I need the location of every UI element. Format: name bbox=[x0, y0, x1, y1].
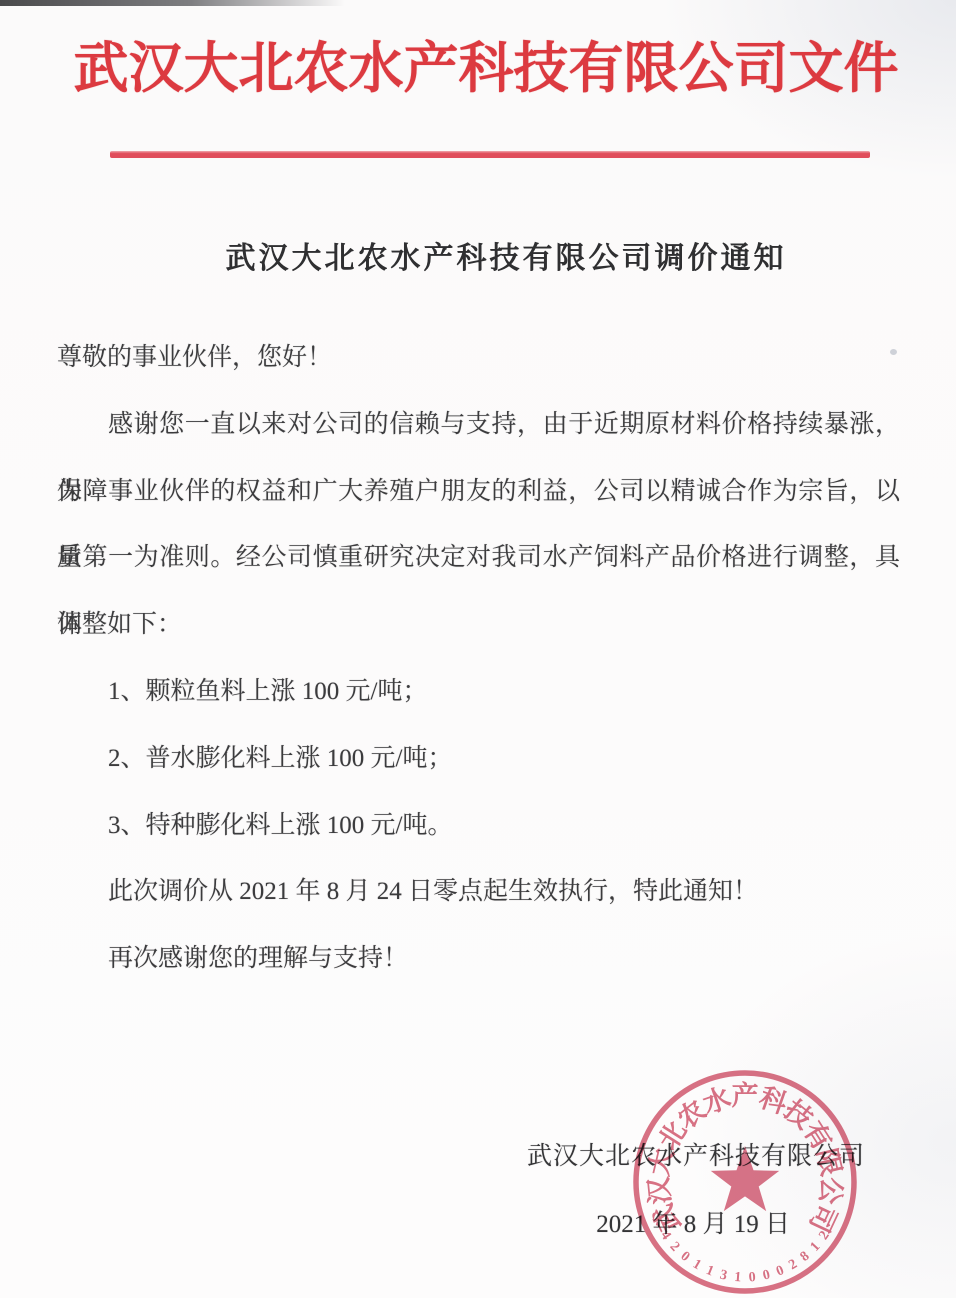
seal-serial-char: 2 bbox=[786, 1257, 800, 1273]
document-page: 武汉大北农水产科技有限公司文件 武汉大北农水产科技有限公司调价通知 尊敬的事业伙… bbox=[0, 0, 956, 1298]
seal-arc-char: 产 bbox=[732, 1080, 759, 1111]
body-line: 感谢您一直以来对公司的信赖与支持，由于近期原材料价格持续暴涨，为 bbox=[57, 392, 900, 459]
seal-star-icon bbox=[711, 1146, 779, 1211]
body-line: 调整如下： bbox=[57, 592, 900, 659]
price-item: 1、颗粒鱼料上涨 100 元/吨； bbox=[57, 659, 900, 726]
seal-serial-char: 1 bbox=[690, 1257, 704, 1273]
company-seal: 武汉大北农水产科技有限公司42011310002812 bbox=[629, 1066, 861, 1298]
letterhead-title: 武汉大北农水产科技有限公司文件 bbox=[16, 24, 956, 103]
price-item: 3、特种膨化料上涨 100 元/吨。 bbox=[57, 793, 900, 860]
price-item: 2、普水膨化料上涨 100 元/吨； bbox=[57, 726, 900, 793]
seal-serial-char: 1 bbox=[704, 1263, 716, 1280]
body-line: 量第一为准则。经公司慎重研究决定对我司水产饲料产品价格进行调整，具体 bbox=[57, 525, 900, 592]
seal-serial-char: 3 bbox=[718, 1268, 728, 1284]
notice-body: 尊敬的事业伙伴，您好！ 感谢您一直以来对公司的信赖与支持，由于近期原材料价格持续… bbox=[57, 325, 900, 993]
seal-serial-char: 0 bbox=[677, 1249, 692, 1265]
scan-edge-artifact bbox=[0, 0, 345, 6]
seal-serial-char: 0 bbox=[748, 1270, 756, 1285]
body-line: 保障事业伙伴的权益和广大养殖户朋友的利益，公司以精诚合作为宗旨，以质 bbox=[57, 459, 900, 526]
effective-date-line: 此次调价从 2021 年 8 月 24 日零点起生效执行，特此通知！ bbox=[57, 859, 900, 926]
seal-serial-char: 1 bbox=[808, 1239, 824, 1254]
seal-serial-char: 8 bbox=[798, 1249, 813, 1265]
seal-arc-char: 汉 bbox=[643, 1175, 676, 1206]
scanned-notice-page: { "document": { "letterhead_title": "武汉大… bbox=[0, 0, 956, 1298]
red-divider-rule bbox=[110, 151, 870, 158]
seal-serial-char: 0 bbox=[774, 1263, 786, 1280]
seal-arc-char: 限 bbox=[811, 1146, 846, 1179]
notice-title: 武汉大北农水产科技有限公司调价通知 bbox=[56, 233, 956, 277]
seal-graphic: 武汉大北农水产科技有限公司42011310002812 bbox=[629, 1066, 861, 1298]
seal-serial-char: 1 bbox=[734, 1270, 742, 1285]
seal-serial-char: 0 bbox=[761, 1268, 771, 1284]
salutation-line: 尊敬的事业伙伴，您好！ bbox=[57, 325, 900, 392]
seal-serial-char: 2 bbox=[667, 1239, 683, 1254]
thanks-line: 再次感谢您的理解与支持！ bbox=[57, 926, 900, 993]
